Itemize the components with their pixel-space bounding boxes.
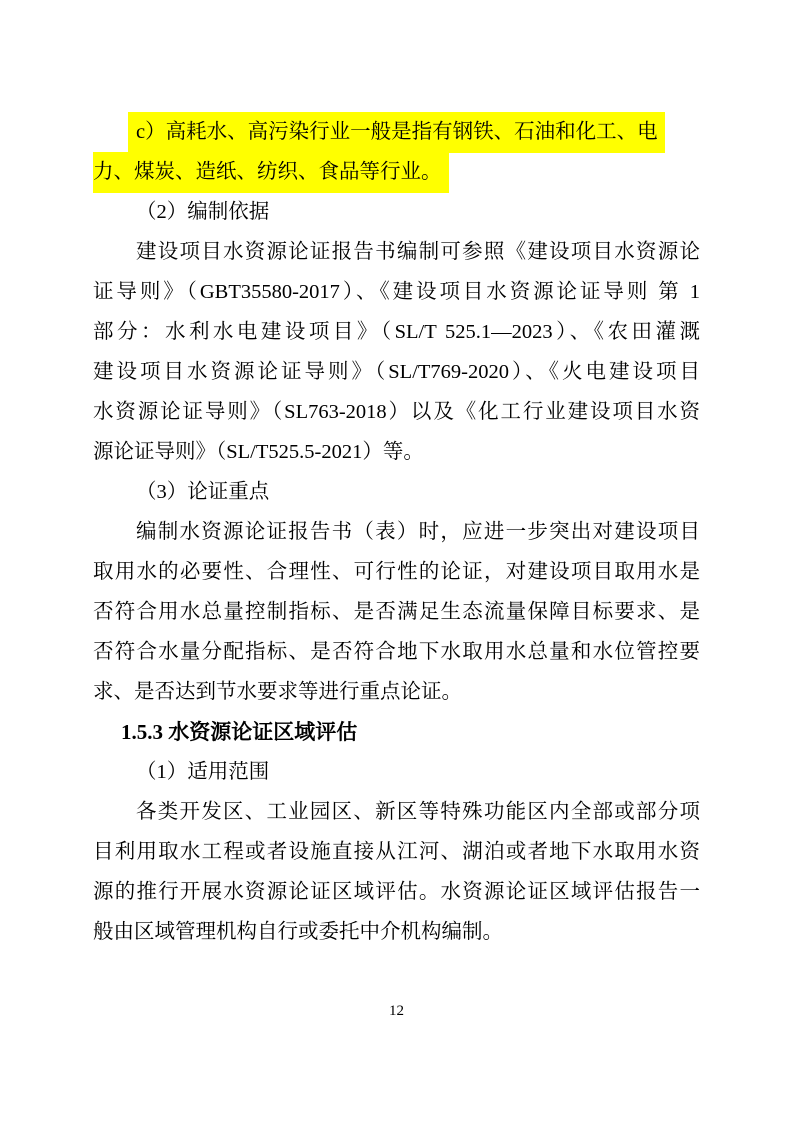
document-page: c）高耗水、高污染行业一般是指有钢铁、石油和化工、电力、煤炭、造纸、纺织、食品等… — [0, 0, 793, 1122]
text-line: 力、煤炭、造纸、纺织、食品等行业。 — [93, 152, 700, 192]
text-line: 求、是否达到节水要求等进行重点论证。 — [93, 672, 700, 712]
text-line: （2）编制依据 — [93, 192, 700, 232]
text-line: 证导则》（GBT35580-2017）、《建设项目水资源论证导则 第 1 — [93, 272, 700, 312]
text-line: 目利用取水工程或者设施直接从江河、湖泊或者地下水取用水资 — [93, 832, 700, 872]
highlighted-text: 力、煤炭、造纸、纺织、食品等行业。 — [93, 152, 449, 193]
paragraph: （1）适用范围 — [93, 752, 700, 792]
highlighted-text: c）高耗水、高污染行业一般是指有钢铁、石油和化工、电 — [128, 112, 665, 153]
text-line: 般由区域管理机构自行或委托中介机构编制。 — [93, 912, 700, 952]
text-line: 水资源论证导则》（SL763-2018）以及《化工行业建设项目水资 — [93, 392, 700, 432]
text-line: （1）适用范围 — [93, 752, 700, 792]
page-number: 12 — [0, 1001, 793, 1021]
text-line: 否符合水量分配指标、是否符合地下水取用水总量和水位管控要 — [93, 632, 700, 672]
text-line: 编制水资源论证报告书（表）时，应进一步突出对建设项目 — [93, 512, 700, 552]
text-line: c）高耗水、高污染行业一般是指有钢铁、石油和化工、电 — [93, 112, 700, 152]
text-line: 部分：水利水电建设项目》（SL/T 525.1—2023）、《农田灌溉 — [93, 312, 700, 352]
section-heading-line: 1.5.3 水资源论证区域评估 — [93, 712, 700, 752]
text-line: （3）论证重点 — [93, 472, 700, 512]
text-line: 源的推行开展水资源论证区域评估。水资源论证区域评估报告一 — [93, 872, 700, 912]
paragraph: （3）论证重点 — [93, 472, 700, 512]
paragraph: 建设项目水资源论证报告书编制可参照《建设项目水资源论证导则》（GBT35580-… — [93, 232, 700, 472]
paragraph: （2）编制依据 — [93, 192, 700, 232]
paragraph: 各类开发区、工业园区、新区等特殊功能区内全部或部分项目利用取水工程或者设施直接从… — [93, 792, 700, 952]
text-line: 建设项目水资源论证导则》（SL/T769-2020）、《火电建设项目 — [93, 352, 700, 392]
text-line: 各类开发区、工业园区、新区等特殊功能区内全部或部分项 — [93, 792, 700, 832]
document-content: c）高耗水、高污染行业一般是指有钢铁、石油和化工、电力、煤炭、造纸、纺织、食品等… — [93, 112, 700, 952]
text-line: 建设项目水资源论证报告书编制可参照《建设项目水资源论 — [93, 232, 700, 272]
section-heading: 1.5.3 水资源论证区域评估 — [93, 712, 700, 752]
paragraph: c）高耗水、高污染行业一般是指有钢铁、石油和化工、电力、煤炭、造纸、纺织、食品等… — [93, 112, 700, 192]
text-line: 源论证导则》（SL/T525.5-2021）等。 — [93, 432, 700, 472]
text-line: 否符合用水总量控制指标、是否满足生态流量保障目标要求、是 — [93, 592, 700, 632]
paragraph: 编制水资源论证报告书（表）时，应进一步突出对建设项目取用水的必要性、合理性、可行… — [93, 512, 700, 712]
text-line: 取用水的必要性、合理性、可行性的论证，对建设项目取用水是 — [93, 552, 700, 592]
